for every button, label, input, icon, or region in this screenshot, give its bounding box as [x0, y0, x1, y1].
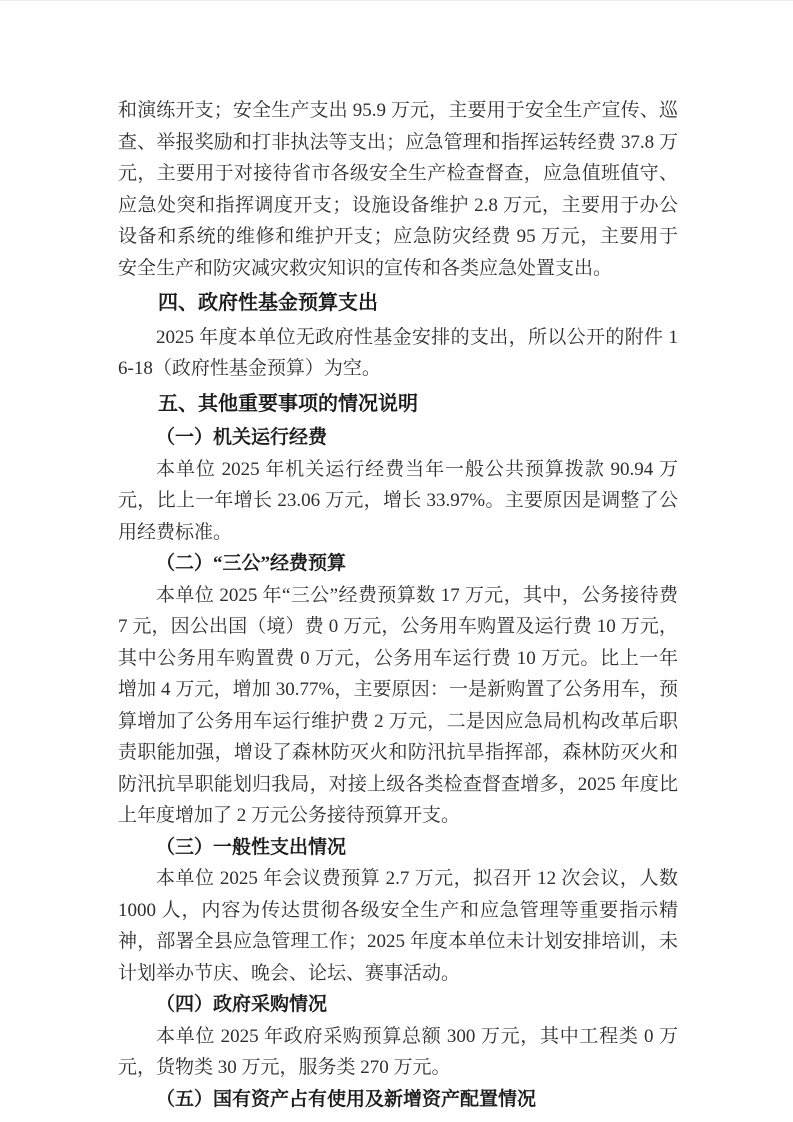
document-page: 和演练开支；安全生产支出 95.9 万元，主要用于安全生产宣传、巡查、举报奖励和… — [0, 0, 793, 1122]
subsection-heading-agency-operating-funds: （一）机关运行经费 — [118, 422, 678, 454]
document-text-block: 和演练开支；安全生产支出 95.9 万元，主要用于安全生产宣传、巡查、举报奖励和… — [118, 95, 678, 1115]
section-heading-government-funds-budget: 四、政府性基金预算支出 — [118, 287, 678, 319]
subsection-heading-government-procurement: （四）政府采购情况 — [118, 989, 678, 1021]
body-paragraph-continuation: 和演练开支；安全生产支出 95.9 万元，主要用于安全生产宣传、巡查、举报奖励和… — [118, 95, 678, 284]
body-paragraph-government-funds: 2025 年度本单位无政府性基金安排的支出，所以公开的附件 16-18（政府性基… — [118, 322, 678, 385]
subsection-heading-general-expenditure: （三）一般性支出情况 — [118, 832, 678, 864]
body-paragraph-three-public-expenses: 本单位 2025 年“三公”经费预算数 17 万元，其中，公务接待费 7 元，因… — [118, 580, 678, 832]
subsection-heading-three-public-expenses-budget: （二）“三公”经费预算 — [118, 548, 678, 580]
section-heading-other-important-matters: 五、其他重要事项的情况说明 — [118, 388, 678, 420]
subsection-heading-state-owned-assets: （五）国有资产占有使用及新增资产配置情况 — [118, 1084, 678, 1116]
body-paragraph-government-procurement: 本单位 2025 年政府采购预算总额 300 万元，其中工程类 0 万元，货物类… — [118, 1021, 678, 1084]
body-paragraph-general-expenditure: 本单位 2025 年会议费预算 2.7 万元，拟召开 12 次会议，人数 100… — [118, 863, 678, 989]
body-paragraph-agency-operating-funds: 本单位 2025 年机关运行经费当年一般公共预算拨款 90.94 万元，比上一年… — [118, 454, 678, 549]
